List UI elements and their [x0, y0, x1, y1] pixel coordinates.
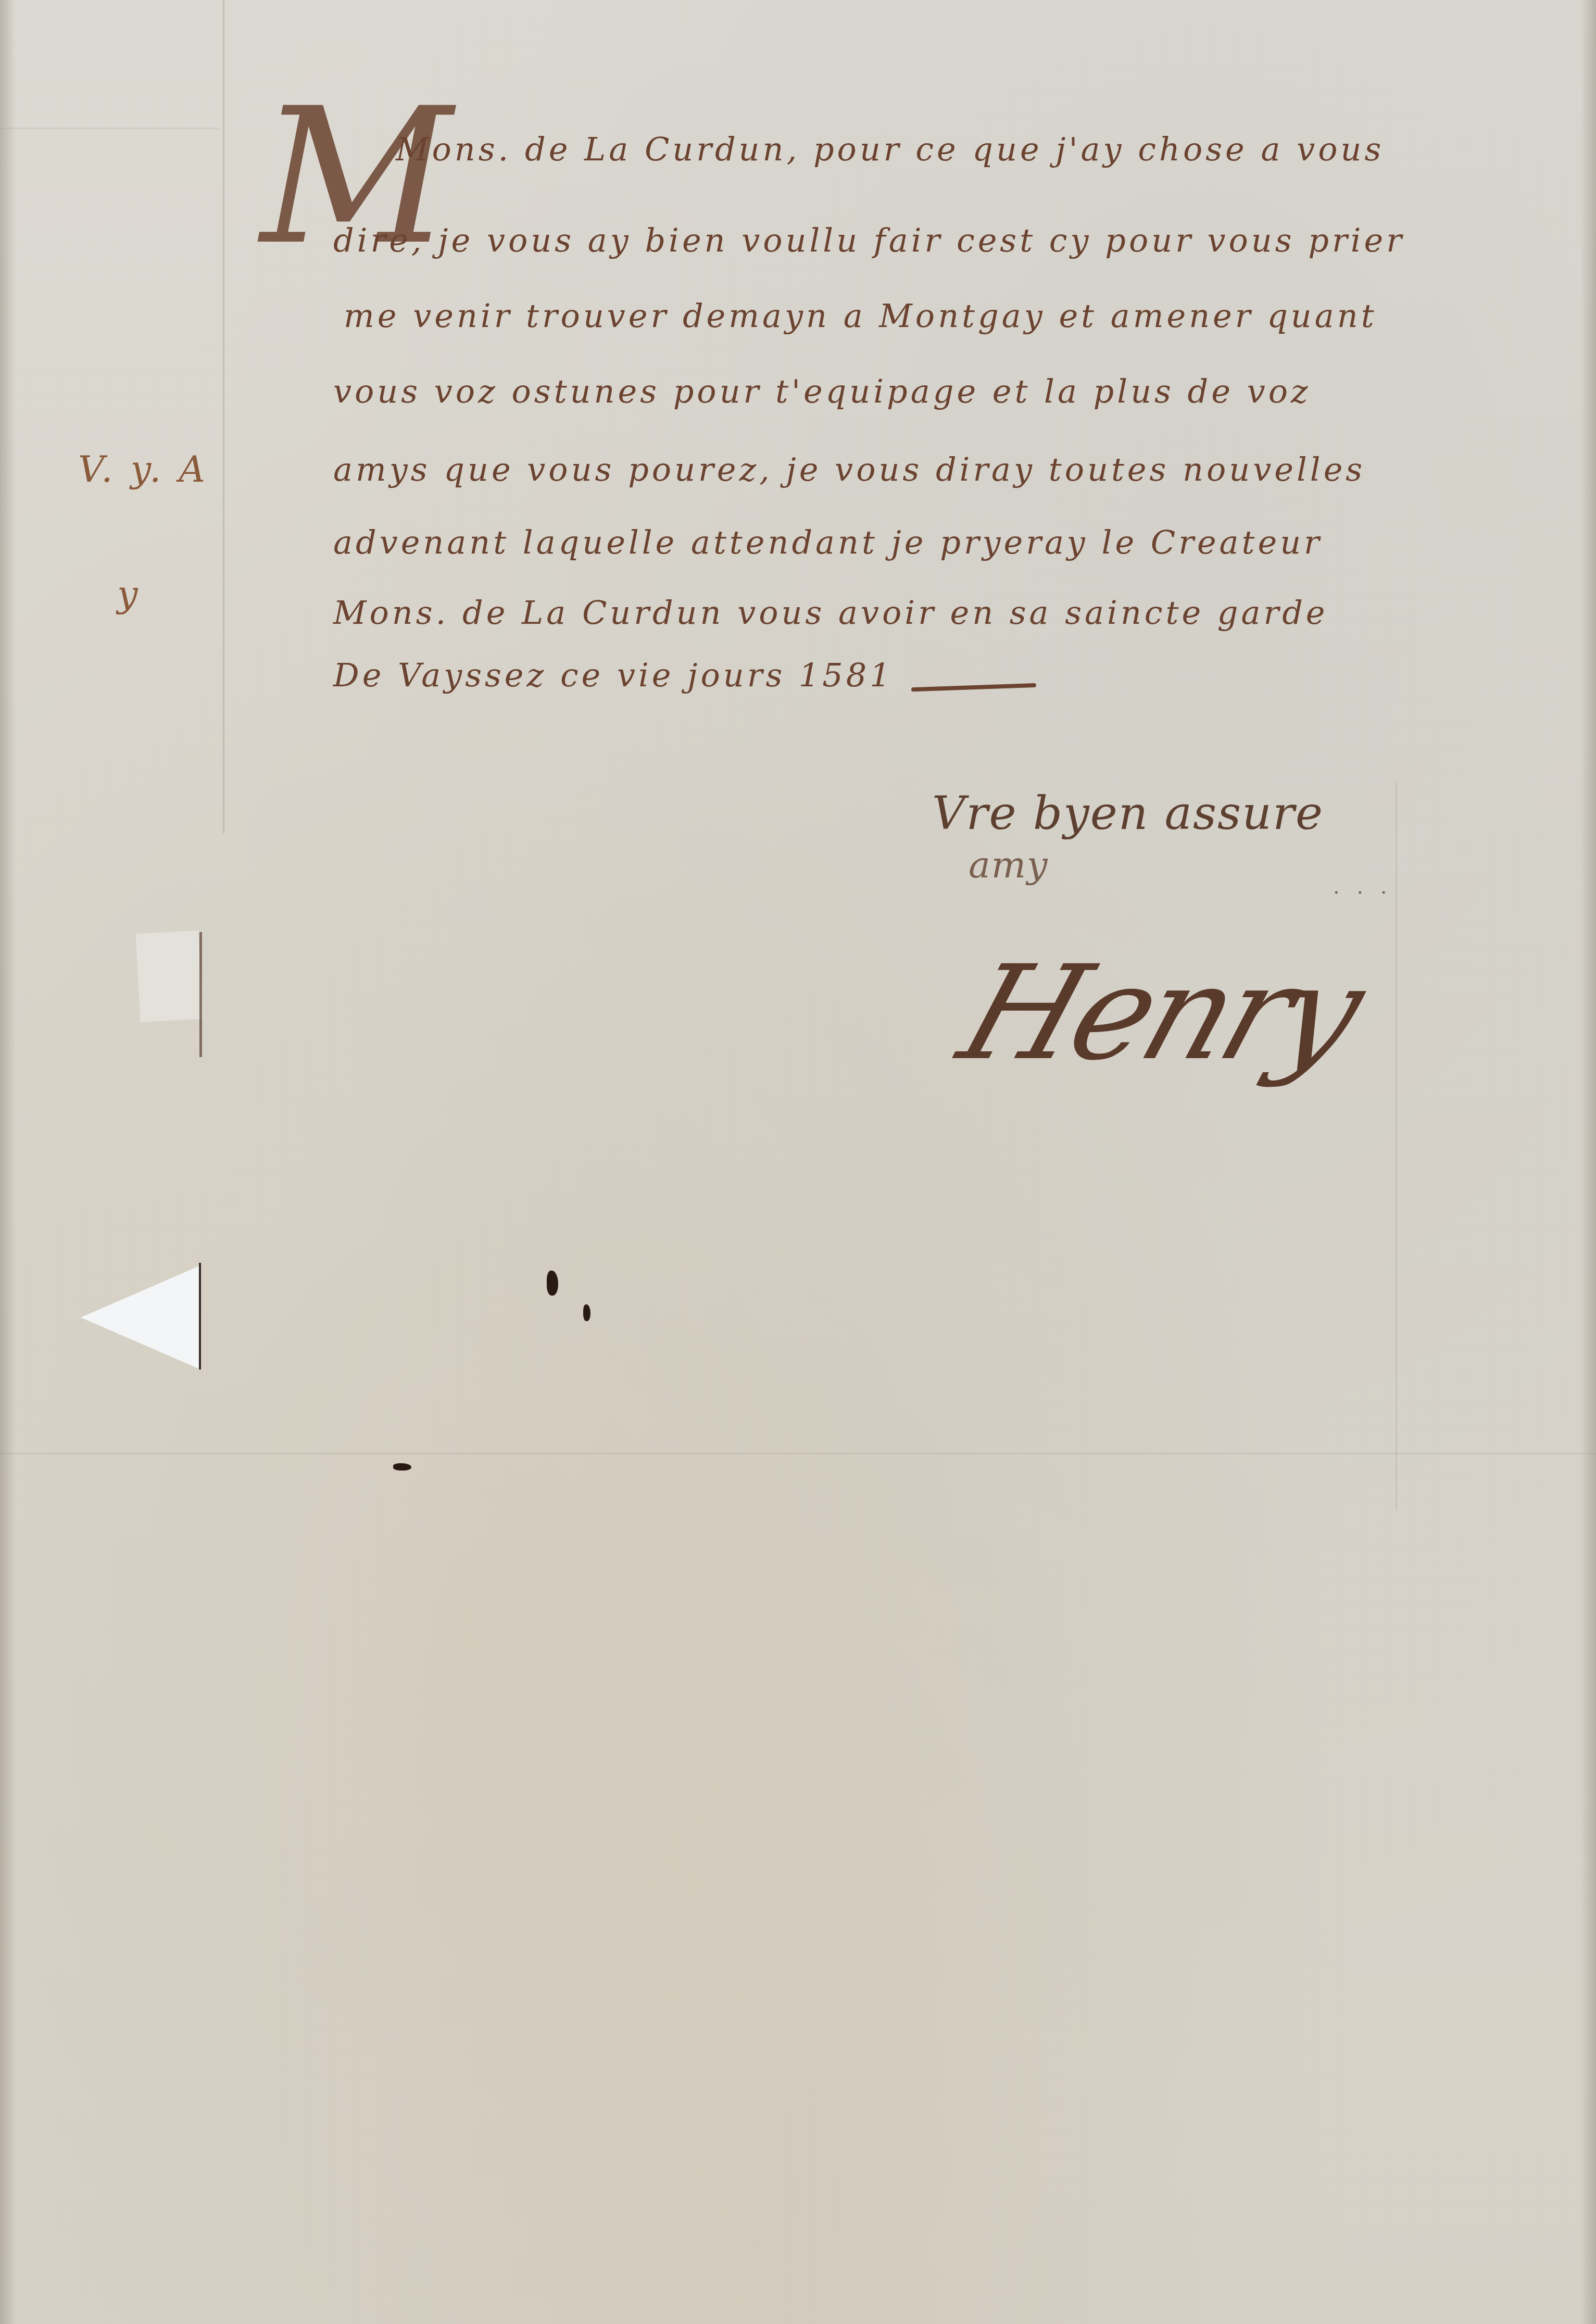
- margin-note-2: y: [117, 573, 141, 615]
- paper-edge-right: [1580, 0, 1596, 2324]
- date-line: De Vayssez ce vie jours 1581: [333, 656, 894, 694]
- date-place: De Vayssez ce vie jours: [333, 656, 785, 694]
- paper-edge-left: [0, 0, 16, 2324]
- letter-line-7: Mons. de La Curdun vous avoir en sa sain…: [333, 594, 1328, 632]
- letter-paper: [0, 0, 1596, 2324]
- signature: Henry: [944, 937, 1377, 1089]
- fold-crease-vertical-right: [1396, 781, 1397, 1510]
- ink-spot: [547, 1271, 558, 1296]
- closing-line-2: amy: [969, 844, 1049, 886]
- fold-crease-top-left: [0, 128, 219, 129]
- date-year: 1581: [799, 656, 894, 694]
- ink-spot: [393, 1463, 411, 1471]
- fold-crease-horizontal: [0, 1453, 1596, 1454]
- notch-edge: [199, 1263, 201, 1370]
- paper-notch-cutout: [81, 1265, 200, 1370]
- letter-line-5: amys que vous pourez, je vous diray tout…: [333, 450, 1365, 488]
- repair-tape: [136, 931, 203, 1022]
- tear-mark: [199, 932, 202, 1057]
- letter-line-2: dire, je vous ay bien voullu fair cest c…: [333, 221, 1405, 259]
- letter-line-3: me venir trouver demayn a Montgay et ame…: [344, 297, 1377, 335]
- letter-line-1: Mons. de La Curdun, pour ce que j'ay cho…: [396, 130, 1384, 168]
- margin-note-1: V. y. A: [78, 448, 208, 491]
- ink-spot: [583, 1304, 590, 1321]
- fold-crease-vertical-left: [223, 0, 224, 833]
- closing-dots: . . .: [1333, 875, 1392, 899]
- letter-line-4: vous voz ostunes pour t'equipage et la p…: [333, 372, 1311, 410]
- letter-line-6: advenant laquelle attendant je pryeray l…: [333, 523, 1323, 561]
- closing-line-1: Vre byen assure: [932, 786, 1324, 840]
